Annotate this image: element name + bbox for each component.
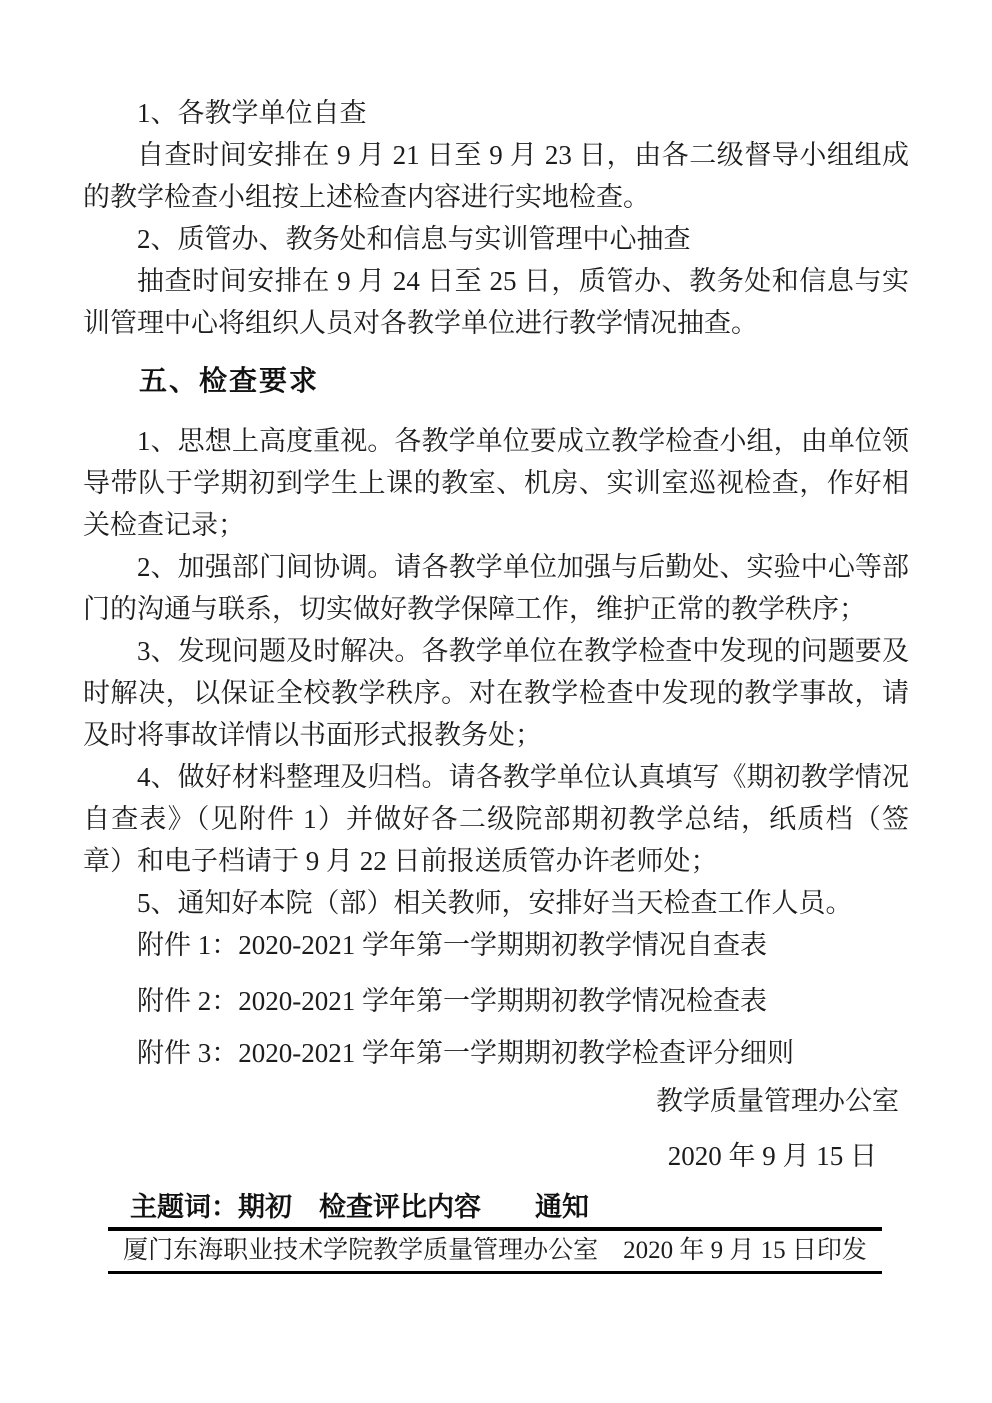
attachment-line-1: 附件 1：2020-2021 学年第一学期期初教学情况自查表 — [83, 924, 909, 966]
attachment-line-2: 附件 2：2020-2021 学年第一学期期初教学情况检查表 — [83, 980, 909, 1022]
para-requirement-5: 5、通知好本院（部）相关教师，安排好当天检查工作人员。 — [83, 882, 909, 924]
document-page: 1、各教学单位自查 自查时间安排在 9 月 21 日至 9 月 23 日，由各二… — [0, 0, 992, 1403]
para-self-check-schedule: 自查时间安排在 9 月 21 日至 9 月 23 日，由各二级督导小组组成的教学… — [83, 134, 909, 218]
para-requirement-2: 2、加强部门间协调。请各教学单位加强与后勤处、实验中心等部门的沟通与联系，切实做… — [83, 546, 909, 630]
para-requirement-4: 4、做好材料整理及归档。请各教学单位认真填写《期初教学情况自查表》（见附件 1）… — [83, 756, 909, 882]
para-requirement-3: 3、发现问题及时解决。各教学单位在教学检查中发现的问题要及时解决，以保证全校教学… — [83, 630, 909, 756]
para-self-check-title: 1、各教学单位自查 — [83, 92, 909, 134]
subject-keywords-line: 主题词：期初 检查评比内容 通知 — [130, 1186, 589, 1228]
document-body: 1、各教学单位自查 自查时间安排在 9 月 21 日至 9 月 23 日，由各二… — [83, 92, 909, 1177]
para-requirement-1: 1、思想上高度重视。各教学单位要成立教学检查小组，由单位领导带队于学期初到学生上… — [83, 420, 909, 546]
closing-signature: 教学质量管理办公室 — [83, 1080, 909, 1122]
attachment-line-3: 附件 3：2020-2021 学年第一学期期初教学检查评分细则 — [83, 1032, 909, 1074]
section-heading-inspection-requirements: 五、检查要求 — [83, 360, 909, 402]
para-spot-check-title: 2、质管办、教务处和信息与实训管理中心抽查 — [83, 218, 909, 260]
para-spot-check-schedule: 抽查时间安排在 9 月 24 日至 25 日，质管办、教务处和信息与实训管理中心… — [83, 260, 909, 344]
footer-divider-bottom — [108, 1271, 882, 1274]
closing-date: 2020 年 9 月 15 日 — [83, 1135, 909, 1177]
footer-issue-line: 厦门东海职业技术学院教学质量管理办公室 2020 年 9 月 15 日印发 — [108, 1231, 882, 1271]
